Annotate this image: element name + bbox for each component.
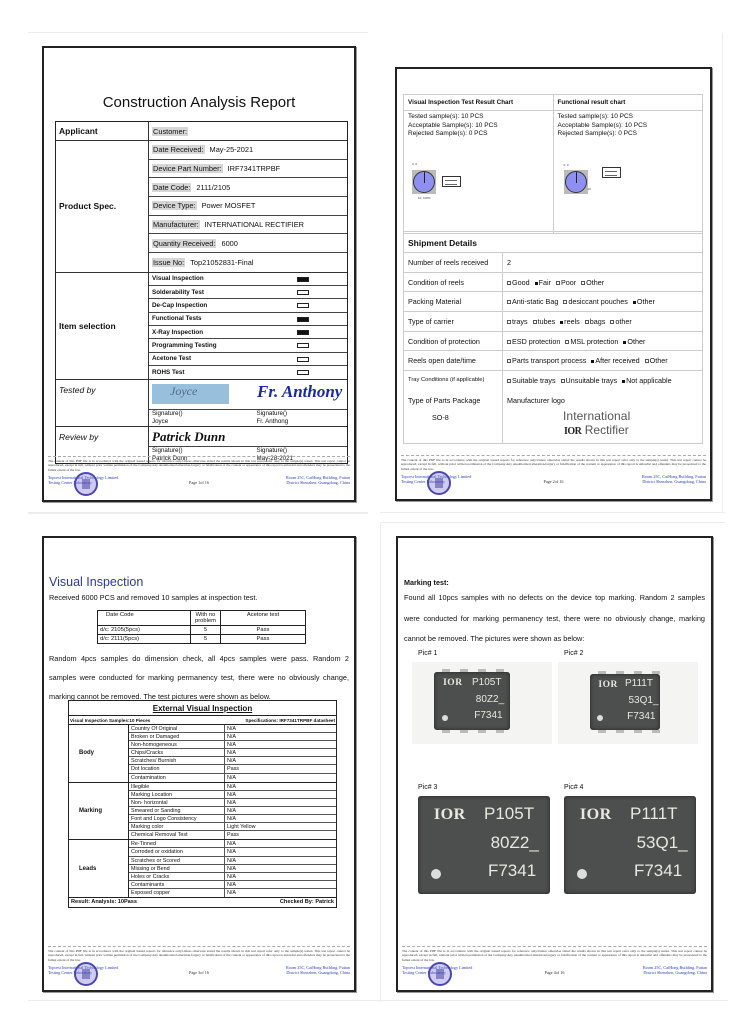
inspection-result: N/A [225,807,336,814]
inspection-item: Broken or Damaged [129,733,225,740]
option-label: reels [564,317,580,326]
cell: Pass [221,635,305,643]
sheet-separator [722,33,723,513]
inspection-item: Illegible [129,783,225,790]
table-row: ContaminationN/A [129,774,336,782]
checkbox-option[interactable]: ESD protection [507,337,560,346]
item-label: Visual Inspection [152,275,204,282]
inspection-item: Missing or Bend [129,865,225,872]
unchecked-box-icon [507,379,511,383]
acceptable-samples: Acceptable Sample(s): 10 PCS [558,122,699,131]
ior-logo-icon: IOR [580,806,612,824]
option-label: Other [650,356,668,365]
sheet-separator [28,1000,728,1001]
signature-image-anthony: Fr. Anthony [257,382,342,402]
checked-box-icon [560,321,563,324]
option-label: Other [586,278,604,287]
table-row: Scratches/ BurnishN/A [129,757,336,765]
pie-label: 10 [588,187,591,191]
pin1-dot-icon [577,869,587,879]
table-row: Holes or CracksN/A [129,873,336,881]
unchecked-box-icon [507,359,511,363]
marking-line-3: F7341 [627,711,655,722]
item-selection-row: X-Ray Inspection [149,326,347,339]
company-stamp-icon [428,962,452,986]
inspection-result: Light Yellow [225,823,336,830]
checkbox-option[interactable]: Poor [556,278,576,287]
group-label: Marking [69,783,129,840]
checkbox-option[interactable]: MSL protection [565,337,618,346]
inspection-item: Scratches/ Burnish [129,757,225,764]
page-footer: The content of this PDF file is in accor… [48,456,350,496]
option-label: bags [590,317,606,326]
ev-spec: Specifications: IRF7341TRPBF datasheet [245,718,335,724]
inspection-result: N/A [225,815,336,822]
item-label: X-Ray Inspection [152,329,203,336]
tester-name: Fr. Anthong [243,418,348,427]
checkbox-option[interactable]: reels [560,317,580,326]
section-title: Visual Inspection [49,575,143,589]
inspection-group: MarkingIllegibleN/AMarking LocationN/ANo… [69,783,336,841]
checked-box-icon[interactable] [297,277,309,282]
item-label: Acetone Test [152,355,191,362]
inspection-item: Marking Location [129,791,225,798]
option-label: Unsuitable trays [566,376,618,385]
inspection-result: N/A [225,857,336,864]
cell: 5 [191,635,221,643]
spec-field-value: May-25-2021 [210,145,254,154]
marking-line-2: 53Q1_ [629,695,659,706]
marking-line-2: 80Z2_ [491,833,539,853]
table-row: ContaminantsN/A [129,881,336,889]
checkbox-option[interactable]: Other [581,278,604,287]
company-stamp-icon [427,471,451,495]
result-charts: Visual Inspection Test Result Chart Test… [403,94,703,234]
group-label: Leads [69,840,129,897]
checkbox-option[interactable]: Parts transport process [507,356,586,365]
customer-label: Customer: [152,127,188,136]
sheet-separator [380,512,725,513]
unchecked-box-icon [645,359,649,363]
item-label: Programming Testing [152,342,217,349]
option-label: desiccant pouches [568,297,628,306]
checkbox-option[interactable]: bags [585,317,606,326]
cell: d/c: 2111(5pcs) [98,635,191,643]
unchecked-box-icon [507,320,511,324]
spec-field-value: INTERNATIONAL RECTIFIER [205,220,304,229]
unchecked-box-icon [610,320,614,324]
option-label: Good [512,278,530,287]
inspection-result: N/A [225,783,336,790]
item-label: ROHS Test [152,369,184,376]
checkbox-option[interactable]: Other [645,356,668,365]
shipment-row: Tray Conditions (if applicable)Suitable … [404,371,702,391]
shipment-row-label: Tray Conditions (if applicable) [404,371,503,391]
marking-line-3: F7341 [634,861,682,881]
spec-field-label: Issue No: [152,258,185,267]
marking-line-3: F7341 [474,710,502,721]
option-label: After received [595,356,639,365]
inspection-item: Chemical Removal Test [129,831,225,839]
unchecked-box-icon [581,281,585,285]
company-address: District Shenzhen, Guangdong, China [642,479,706,484]
dimension-check-text: Random 4pcs samples do dimension check, … [49,649,349,706]
ev-samples: Visual Inspection Samples:10 Pieces [70,718,150,724]
spec-field-label: Device Part Number: [152,164,223,173]
picture-label: Pic# 3 [418,784,437,791]
pie-legend [602,167,621,178]
inspection-result: Pass [225,765,336,772]
sheet-separator [380,522,381,1002]
chip-marking: IORP105T80Z2_F7341 [434,672,510,730]
inspection-item: Contaminants [129,881,225,888]
table-row: Corroded or oxidationN/A [129,848,336,856]
table-row: Font and Logo ConsistencyN/A [129,815,336,823]
table-row: Marking LocationN/A [129,791,336,799]
item-selection-row: Programming Testing [149,339,347,352]
item-selection-row: Acetone Test [149,353,347,366]
manufacturer-logo: IOR Rectifier [564,423,629,437]
shipment-row: Reels open date/timeParts transport proc… [404,351,702,371]
visual-inspection-chart-panel: Visual Inspection Test Result Chart Test… [404,95,554,233]
item-selection-list: Visual InspectionSolderability TestDe-Ca… [149,273,347,379]
manufacturer-logo-label: Manufacturer logo [507,396,698,405]
option-label: Other [627,337,645,346]
shipment-row-label: Condition of reels [404,273,503,292]
marking-line-1: P105T [484,804,534,824]
inspection-item: Exposed copper [129,889,225,897]
cell: Pass [221,626,305,634]
inspection-item: Non-homogeneous [129,741,225,748]
checkbox-option[interactable]: After received [591,356,639,365]
checkbox-option[interactable]: Other [633,297,655,306]
cell: d/c: 2105(5pcs) [98,626,191,634]
item-label: Solderability Test [152,289,204,296]
checkbox-option[interactable]: other [610,317,631,326]
shipment-row-label: Number of reels received [404,253,503,272]
inspection-item: Re-Tinned [129,840,225,847]
signature-label: Signature() [152,410,243,418]
tested-samples: Tested sample(s): 10 PCS [558,113,699,122]
inspection-result: N/A [225,848,336,855]
checkbox-option[interactable]: Other [623,337,645,346]
unchecked-box-icon[interactable] [297,290,309,295]
footer-disclaimer: The content of this PDF file is in accor… [48,949,350,962]
shipment-row: Packing MaterialAnti-static Bagdesiccant… [404,292,702,312]
inspection-result: N/A [225,749,336,756]
review-signature-area: Patrick Dunn [149,427,347,446]
signature-label: Signature() [243,447,348,455]
spec-field: Device Type:Power MOSFET [149,197,347,216]
spec-field-label: Device Type: [152,201,197,210]
cell: 5 [191,626,221,634]
ev-title: External Visual Inspection [69,701,336,716]
shipment-row: Type of carriertraystubesreelsbagsother [404,312,702,332]
inspection-item: Scratches or Scored [129,857,225,864]
table-row: Scratches or ScoredN/A [129,857,336,865]
spec-field: Issue No:Top21052831-Final [149,253,347,272]
shipment-row-value: GoodFairPoorOther [503,273,702,292]
rejected-samples: Rejected Sample(s): 0 PCS [558,130,699,139]
shipment-row-value: Parts transport processAfter receivedOth… [503,351,702,370]
unchecked-box-icon[interactable] [297,370,309,375]
inspection-item: Corroded or oxidation [129,848,225,855]
option-label: Poor [561,278,576,287]
report-page-1: Construction Analysis Report Applicant C… [42,46,356,502]
footer-disclaimer: The content of this PDF file is in accor… [402,949,707,962]
functional-chart-panel: Functional result chart Tested sample(s)… [554,95,703,233]
unchecked-box-icon [533,320,537,324]
inspection-result: N/A [225,725,336,732]
checked-box-icon[interactable] [297,317,309,322]
rejected-samples: Rejected Sample(s): 0 PCS [408,130,549,139]
ior-logo-icon: IOR [564,426,581,437]
item-selection-row: De-Cap Inspection [149,299,347,312]
pie-label: 0, 0 [564,163,569,167]
spec-field: Date Received:May-25-2021 [149,141,347,160]
shipment-row-value: Anti-static Bagdesiccant pouchesOther [503,292,702,311]
company-stamp-icon [74,472,98,496]
pin1-dot-icon [597,715,603,721]
spec-field: Device Part Number:IRF7341TRPBF [149,160,347,179]
chip-marking: IORP105T80Z2_F7341 [418,796,550,894]
shipment-row: Condition of reelsGoodFairPoorOther [404,273,702,293]
option-label: tubes [538,317,556,326]
inspection-item: Dot location [129,765,225,772]
pie-label: 10, 100% [418,196,431,200]
pin1-dot-icon [442,715,448,721]
unchecked-box-icon [556,281,560,285]
shipment-row-label: Packing Material [404,292,503,311]
inspection-item: Holes or Cracks [129,873,225,880]
table-row: Broken or DamagedN/A [129,733,336,741]
report-summary-table: Applicant Customer: Product Spec. Date R… [55,121,348,464]
inspection-result: N/A [225,881,336,888]
pie-legend [442,176,461,187]
option-label: other [615,317,631,326]
chip-photo: IORP105T80Z2_F7341 [412,662,552,744]
marking-line-1: P111T [625,678,653,689]
item-selection-label: Item selection [56,273,149,379]
column-header: Acetone test [221,611,305,625]
inspection-result: N/A [225,733,336,740]
option-label: Other [637,297,655,306]
external-visual-inspection-table: External Visual Inspection Visual Inspec… [68,700,337,908]
inspection-item: Marking color [129,823,225,830]
option-label: MSL protection [570,337,618,346]
spec-field-value: 2111/2105 [196,183,230,192]
shipment-row-label: Reels open date/time [404,351,503,370]
column-header: Date Code [98,611,191,625]
spec-field: Date Code:2111/2105 [149,178,347,197]
inspection-result: N/A [225,757,336,764]
date-code-table: Date Code With no problem Acetone test d… [97,610,306,644]
chart-title: Visual Inspection Test Result Chart [404,95,553,111]
spec-field-value: Power MOSFET [202,201,256,210]
table-row: Dot locationPass [129,765,336,773]
spec-field-label: Date Received: [152,145,205,154]
item-label: De-Cap Inspection [152,302,207,309]
sheet-separator [28,512,368,514]
unchecked-box-icon[interactable] [297,343,309,348]
marking-line-2: 53Q1_ [637,833,688,853]
inspection-group: LeadsRe-TinnedN/ACorroded or oxidationN/… [69,840,336,898]
product-spec-fields: Date Received:May-25-2021Device Part Num… [149,141,347,272]
signature-label: Signature() [243,410,348,418]
page-footer: The content of this PDF file is in accor… [48,946,350,986]
spec-field-label: Date Code: [152,183,191,192]
shipment-title: Shipment Details [404,232,702,253]
report-page-4: Marking test: Found all 10pcs samples wi… [396,536,713,992]
marking-test-heading: Marking test: [404,578,449,587]
picture-label: Pic# 2 [564,650,583,657]
checkbox-option[interactable]: Good [507,278,530,287]
marking-line-1: P111T [630,804,678,824]
table-row: Chips/CracksN/A [129,749,336,757]
unchecked-box-icon [507,300,511,304]
shipment-row-value: 2 [503,253,702,272]
inspection-result: N/A [225,791,336,798]
unchecked-box-icon [565,340,569,344]
marking-line-1: P105T [472,677,501,688]
marking-line-3: F7341 [488,861,536,881]
pie-label: 0, 0 [412,162,417,166]
table-row: d/c: 2105(5pcs) 5 Pass [98,626,305,635]
result-summary: Result: Analysis: 10Pass [71,899,137,907]
inspection-result: N/A [225,774,336,782]
table-row: Non-homogeneousN/A [129,741,336,749]
signature-label: Signature() [152,447,243,455]
shipment-row-value: Suitable traysUnsuitable traysNot applic… [503,371,702,391]
company-stamp-icon [74,962,98,986]
spec-field-label: Quantity Received: [152,239,216,248]
pin1-dot-icon [431,869,441,879]
table-row: Missing or BendN/A [129,865,336,873]
column-header: With no problem [191,611,221,625]
picture-label: Pic# 1 [418,650,437,657]
inspection-item: Non- horizontal [129,799,225,806]
spec-field: Manufacturer:INTERNATIONAL RECTIFIER [149,216,347,235]
shipment-row: Condition of protectionESD protectionMSL… [404,332,702,352]
checkbox-option[interactable]: tubes [533,317,556,326]
company-address: District Shenzhen, Guangdong, China [643,970,707,975]
report-page-2: Visual Inspection Test Result Chart Test… [395,67,712,501]
item-selection-row: Visual Inspection [149,273,347,286]
checkbox-option[interactable]: Suitable trays [507,376,556,385]
option-label: Suitable trays [512,376,556,385]
inspection-result: N/A [225,799,336,806]
ior-logo-icon: IOR [434,806,466,824]
spec-field-value: 6000 [221,239,237,248]
intro-text: Received 6000 PCS and removed 10 samples… [49,592,349,604]
option-label: Parts transport process [512,356,586,365]
spec-field-value: Top21052831-Final [190,258,253,267]
table-row: d/c: 2111(5pcs) 5 Pass [98,635,305,643]
applicant-label: Applicant [56,122,149,140]
chip-marking: IORP111T53Q1_F7341 [564,796,696,894]
checkbox-option[interactable]: Anti-static Bag [507,297,558,306]
report-title: Construction Analysis Report [44,94,354,111]
chip-photo: IORP105T80Z2_F7341 [418,796,550,894]
spec-field: Quantity Received:6000 [149,234,347,253]
pie-chart [412,170,436,194]
customer-field: Customer: [149,122,347,141]
inspection-item: Smeared or Sanding [129,807,225,814]
page-footer: The content of this PDF file is in accor… [402,946,707,986]
inspection-result: N/A [225,865,336,872]
item-label: Functional Tests [152,315,202,322]
manufacturer-logo-text: Rectifier [585,423,629,437]
unchecked-box-icon [507,340,511,344]
table-row: Country Of OriginalN/A [129,725,336,733]
unchecked-box-icon[interactable] [297,357,309,362]
checkbox-option[interactable]: trays [507,317,528,326]
inspection-group: BodyCountry Of OriginalN/ABroken or Dama… [69,725,336,783]
pie-chart [564,170,588,194]
ior-logo-icon: IOR [598,680,617,690]
table-row: Non- horizontalN/A [129,799,336,807]
unchecked-box-icon[interactable] [297,303,309,308]
checkbox-option[interactable]: Fair [535,278,551,287]
ior-logo-icon: IOR [443,678,462,688]
checkbox-option[interactable]: Unsuitable trays [561,376,618,385]
inspection-item: Chips/Cracks [129,749,225,756]
table-row: IllegibleN/A [129,783,336,791]
option-label: Fair [539,278,551,287]
group-label: Body [69,725,129,782]
signature-image-patrick: Patrick Dunn [152,429,225,445]
unchecked-box-icon [507,281,511,285]
chip-photo: IORP111T53Q1_F7341 [564,796,696,894]
picture-label: Pic# 4 [564,784,583,791]
inspection-item: Country Of Original [129,725,225,732]
checkbox-option[interactable]: desiccant pouches [563,297,628,306]
shipment-row-label: Type of carrier [404,312,503,331]
manufacturer-logo-text: International [563,409,630,423]
inspection-item: Contamination [129,774,225,782]
option-label: Not applicable [626,376,672,385]
spec-field-value: IRF7341TRPBF [228,164,281,173]
checkbox-option[interactable]: Not applicable [622,376,672,385]
checked-box-icon [633,301,636,304]
company-address: District Shenzhen, Guangdong, China [286,970,350,975]
inspection-result: N/A [225,840,336,847]
unchecked-box-icon [561,379,565,383]
inspection-result: Pass [225,831,336,839]
shipment-row-value: traystubesreelsbagsother [503,312,702,331]
tested-samples: Tested sample(s): 10 PCS [408,113,549,122]
inspection-result: N/A [225,873,336,880]
shipment-row-value: ESD protectionMSL protectionOther [503,332,702,351]
unchecked-box-icon [585,320,589,324]
table-row: Chemical Removal TestPass [129,831,336,839]
chip-photo: IORP111T53Q1_F7341 [558,662,698,744]
marking-line-2: 80Z2_ [476,694,504,705]
package-value: SO-8 [408,413,498,422]
tested-signature-area: Joyce Fr. Anthony [149,380,347,409]
table-row: Marking colorLight Yellow [129,823,336,831]
checked-box-icon[interactable] [297,330,309,335]
sheet-separator [380,522,725,523]
checked-by: Checked By: Patrick [280,899,334,907]
option-label: Anti-static Bag [512,297,558,306]
product-spec-label: Product Spec. [56,141,149,272]
chip-marking: IORP111T53Q1_F7341 [590,674,660,730]
chart-title: Functional result chart [554,95,703,111]
inspection-result: N/A [225,741,336,748]
checked-box-icon [591,360,594,363]
shipment-row: Number of reels received2 [404,253,702,273]
